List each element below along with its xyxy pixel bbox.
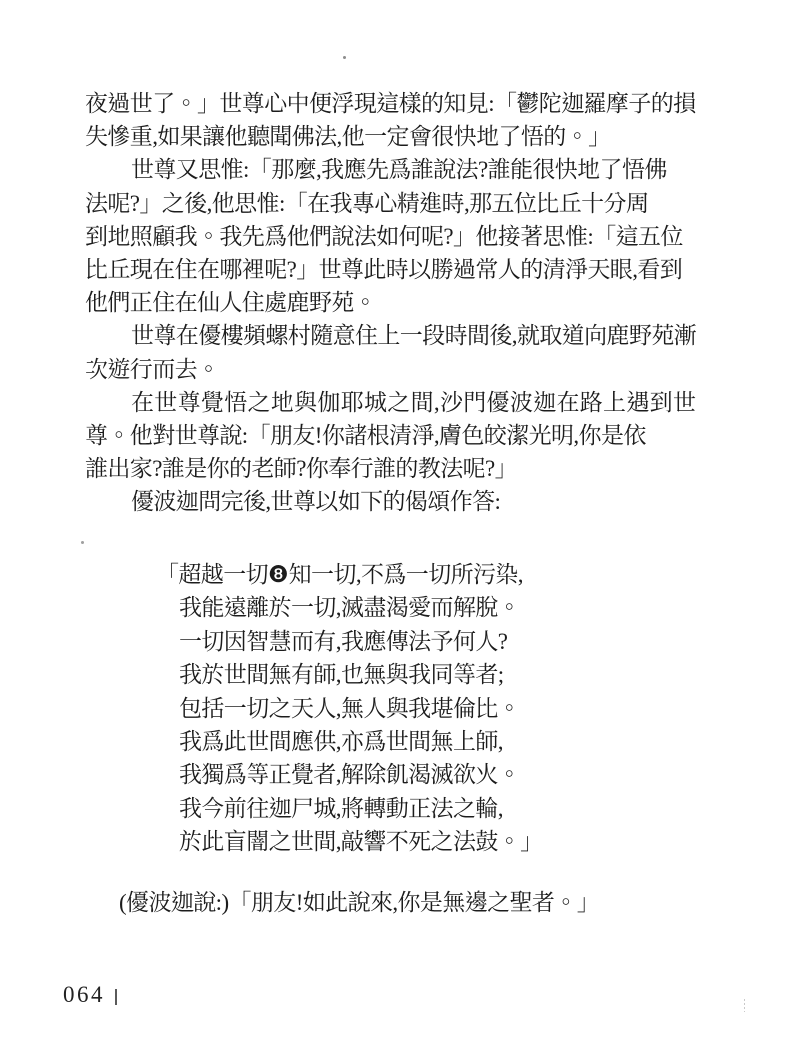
verse-line: 於此盲闇之世間,敲響不死之法鼓。」: [156, 825, 543, 858]
body-line: 在世尊覺悟之地與伽耶城之間,沙門優波迦在路上遇到世: [85, 386, 715, 419]
body-line: 法呢?」之後,他思惟:「在我專心精進時,那五位比丘十分周: [85, 187, 715, 220]
body-text-block: 夜過世了。」世尊心中便浮現這樣的知見:「鬱陀迦羅摩子的損 失慘重,如果讓他聽聞佛…: [85, 87, 715, 519]
body-line: 尊。他對世尊說:「朋友!你諸根清淨,膚色皎潔光明,你是依: [85, 419, 715, 452]
body-line: 比丘現在住在哪裡呢?」世尊此時以勝過常人的清淨天眼,看到: [85, 253, 715, 286]
verse-line: 一切因智慧而有,我應傳法予何人?: [156, 625, 543, 658]
body-line: 他們正住在仙人住處鹿野苑。: [85, 286, 715, 319]
body-line: 失慘重,如果讓他聽聞佛法,他一定會很快地了悟的。」: [85, 120, 715, 153]
verse-line: 包括一切之天人,無人與我堪倫比。: [156, 692, 543, 725]
page-number-divider: [115, 989, 117, 1005]
verse-line: 我於世間無有師,也無與我同等者;: [156, 658, 543, 691]
body-line: 到地照顧我。我先爲他們說法如何呢?」他接著思惟:「這五位: [85, 220, 715, 253]
page-footer: 064: [63, 982, 117, 1008]
page-number: 064: [63, 982, 105, 1008]
scan-speck-icon: [343, 56, 346, 59]
footnote-marker-icon: ❽: [268, 562, 289, 587]
body-line: 世尊在優樓頻螺村隨意住上一段時間後,就取道向鹿野苑漸: [85, 319, 715, 352]
verse-line: 「超越一切❽知一切,不爲一切所污染,: [156, 558, 543, 591]
book-page: 夜過世了。」世尊心中便浮現這樣的知見:「鬱陀迦羅摩子的損 失慘重,如果讓他聽聞佛…: [0, 0, 792, 1056]
verse-line: 我獨爲等正覺者,解除飢渴滅欲火。: [156, 758, 543, 791]
body-line: 優波迦問完後,世尊以如下的偈頌作答:: [85, 485, 715, 518]
verse-text: 「超越一切: [156, 562, 268, 587]
verse-block: 「超越一切❽知一切,不爲一切所污染, 我能遠離於一切,滅盡渴愛而解脫。 一切因智…: [156, 558, 543, 859]
verse-text: 知一切,不爲一切所污染,: [289, 562, 523, 587]
body-line: 誰出家?誰是你的老師?你奉行誰的教法呢?」: [85, 452, 715, 485]
body-line: 次遊行而去。: [85, 353, 715, 386]
verse-line: 我爲此世間應供,亦爲世間無上師,: [156, 725, 543, 758]
scan-mark-icon: [744, 999, 745, 1012]
body-line: 世尊又思惟:「那麼,我應先爲誰說法?誰能很快地了悟佛: [85, 153, 715, 186]
verse-line: 我能遠離於一切,滅盡渴愛而解脫。: [156, 591, 543, 624]
scan-speck-icon: [81, 541, 84, 544]
closing-line: (優波迦說:)「朋友!如此說來,你是無邊之聖者。」: [119, 886, 599, 919]
verse-line: 我今前往迦尸城,將轉動正法之輪,: [156, 792, 543, 825]
body-line: 夜過世了。」世尊心中便浮現這樣的知見:「鬱陀迦羅摩子的損: [85, 87, 715, 120]
